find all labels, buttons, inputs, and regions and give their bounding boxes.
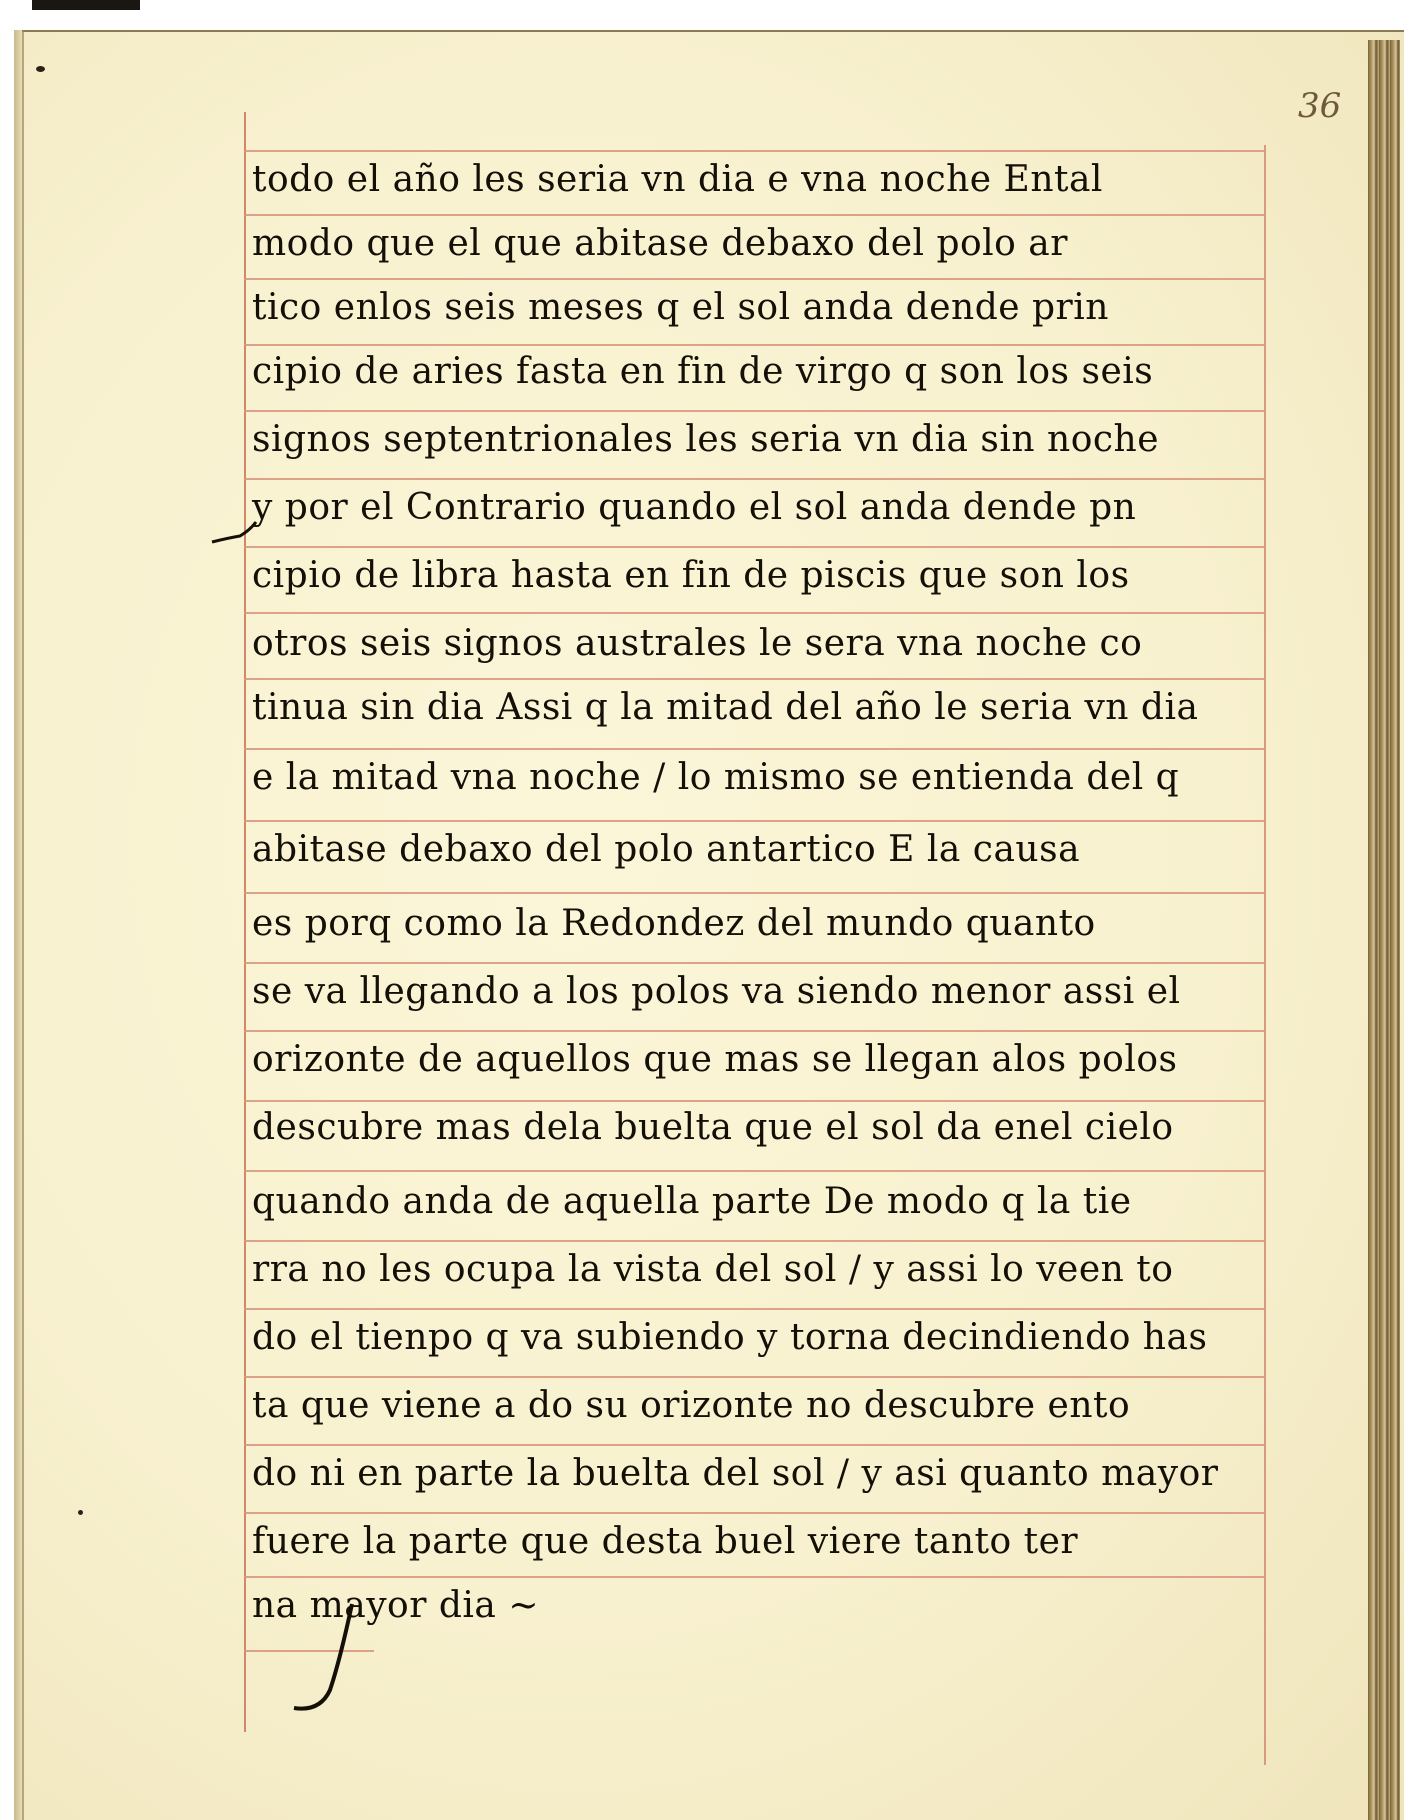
ruling-line	[244, 546, 1264, 548]
ruling-line	[244, 1576, 1264, 1578]
text-line: do el tienpo q va subiendo y torna decin…	[252, 1316, 1282, 1360]
ruling-line	[244, 1030, 1264, 1032]
scan-corner-tab	[32, 0, 140, 10]
ruling-line	[244, 1512, 1264, 1514]
text-line: otros seis signos australes le sera vna …	[252, 622, 1282, 666]
text-line: abitase debaxo del polo antartico E la c…	[252, 828, 1282, 872]
margin-flourish-mark	[210, 520, 260, 550]
left-margin-rule	[244, 112, 246, 1732]
text-line: cipio de libra hasta en fin de piscis qu…	[252, 554, 1282, 598]
text-line: tinua sin dia Assi q la mitad del año le…	[252, 686, 1282, 730]
ruling-line	[244, 278, 1264, 280]
text-line: ta que viene a do su orizonte no descubr…	[252, 1384, 1282, 1428]
ruling-line	[244, 1376, 1264, 1378]
text-line: se va llegando a los polos va siendo men…	[252, 970, 1282, 1014]
ruling-line	[244, 214, 1264, 216]
page-edges	[1368, 40, 1400, 1820]
text-line: rra no les ocupa la vista del sol / y as…	[252, 1248, 1282, 1292]
descender-flourish	[290, 1600, 360, 1720]
page-gutter	[14, 30, 22, 1820]
ink-dot	[78, 1510, 83, 1515]
text-line: modo que el que abitase debaxo del polo …	[252, 222, 1282, 266]
text-line: todo el año les seria vn dia e vna noche…	[252, 158, 1282, 202]
gutter-line	[22, 30, 24, 1820]
text-line: do ni en parte la buelta del sol / y asi…	[252, 1452, 1282, 1496]
text-line: signos septentrionales les seria vn dia …	[252, 418, 1282, 462]
ruling-line	[244, 410, 1264, 412]
ruling-line	[244, 478, 1264, 480]
text-line: tico enlos seis meses q el sol anda dend…	[252, 286, 1282, 330]
text-line: y por el Contrario quando el sol anda de…	[252, 486, 1282, 530]
ruling-line	[244, 1308, 1264, 1310]
text-line: es porq como la Redondez del mundo quant…	[252, 902, 1282, 946]
folio-number: 36	[1298, 86, 1341, 126]
ruling-line	[244, 748, 1264, 750]
ruling-line	[244, 1444, 1264, 1446]
ruling-line	[244, 1240, 1264, 1242]
ruling-line	[244, 344, 1264, 346]
text-line: cipio de aries fasta en fin de virgo q s…	[252, 350, 1282, 394]
text-line: descubre mas dela buelta que el sol da e…	[252, 1106, 1282, 1150]
ruling-line	[244, 820, 1264, 822]
ruling-line	[244, 678, 1264, 680]
ruling-line	[244, 612, 1264, 614]
ruling-line	[244, 1100, 1264, 1102]
ruling-line	[244, 150, 1264, 152]
text-line: quando anda de aquella parte De modo q l…	[252, 1180, 1282, 1224]
ruling-line	[244, 962, 1264, 964]
text-line: fuere la parte que desta buel viere tant…	[252, 1520, 1282, 1564]
ruling-line	[244, 892, 1264, 894]
text-line: orizonte de aquellos que mas se llegan a…	[252, 1038, 1282, 1082]
ruling-line	[244, 1170, 1264, 1172]
text-line: na mayor dia ~	[252, 1584, 1282, 1628]
text-line: e la mitad vna noche / lo mismo se entie…	[252, 756, 1282, 800]
ink-dot	[36, 66, 45, 72]
